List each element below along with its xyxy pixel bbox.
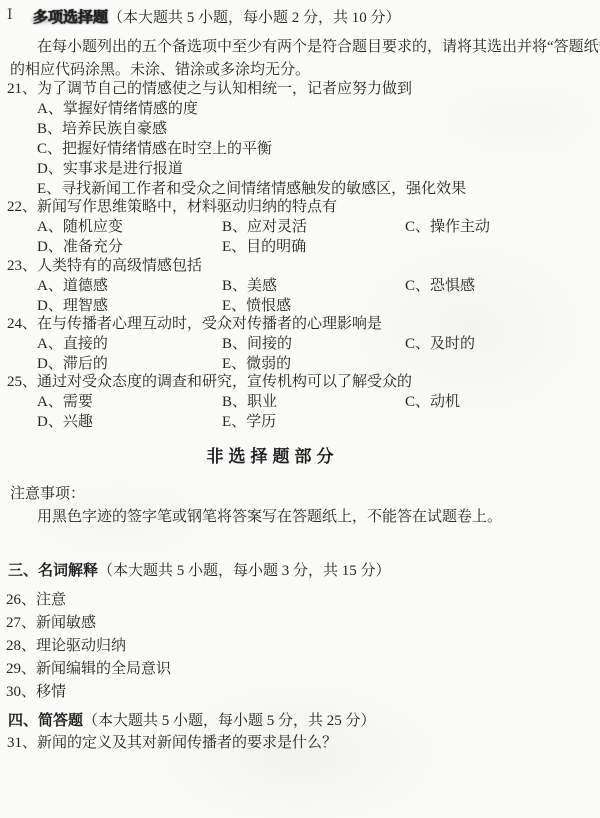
mcq-instructions: 在每小题列出的五个备选项中至少有两个是符合题目要求的，请将其选出并将“答题纸” … [10, 36, 600, 82]
question-22-options-row-2: D、准备充分 E、目的明确 [37, 237, 593, 257]
question-21-option-a: A、掌握好情绪情感的度 [37, 99, 593, 119]
question-25-stem: 25、通过对受众态度的调查和研究，宣传机构可以了解受众的 [7, 372, 593, 392]
section-3-title: 三、名词解释 [8, 563, 98, 579]
question-21-option-d: D、实事求是进行报道 [37, 159, 593, 179]
mcq-section-title: 多项选择题 [33, 10, 108, 26]
question-22-option-c: C、操作主动 [405, 217, 593, 237]
question-23-stem: 23、人类特有的高级情感包括 [7, 256, 593, 276]
section-4-items: 31、新闻的定义及其对新闻传播者的要求是什么？ [7, 733, 337, 753]
term-item-29: 29、新闻编辑的全局意识 [6, 658, 171, 681]
question-22-stem: 22、新闻写作思维策略中，材料驱动归纳的特点有 [7, 197, 593, 217]
section-4-title: 四、简答题 [8, 713, 83, 729]
term-item-26: 26、注意 [6, 589, 171, 612]
question-21-number: 21、 [7, 79, 37, 99]
question-23-options-row-1: A、道德感 B、美感 C、恐惧感 [37, 276, 593, 296]
question-23-option-d: D、理智感 [37, 296, 222, 316]
mcq-instructions-line-1: 在每小题列出的五个备选项中至少有两个是符合题目要求的，请将其选出并将“答题纸” [10, 36, 600, 59]
question-23: 23、人类特有的高级情感包括 A、道德感 B、美感 C、恐惧感 D、理智感 E、… [7, 256, 593, 316]
question-21-stem: 21、为了调节自己的情感使之与认知相统一，记者应努力做到 [7, 79, 593, 99]
question-21-text: 为了调节自己的情感使之与认知相统一，记者应努力做到 [37, 81, 412, 97]
question-22-option-a: A、随机应变 [37, 217, 222, 237]
question-21: 21、为了调节自己的情感使之与认知相统一，记者应努力做到 A、掌握好情绪情感的度… [7, 79, 593, 199]
question-25-option-b: B、职业 [222, 392, 405, 412]
notice-text: 用黑色字迹的签字笔或钢笔将答案写在答题纸上，不能答在试题卷上。 [37, 507, 502, 527]
question-22-number: 22、 [7, 197, 37, 217]
question-25-option-e: E、学历 [222, 412, 405, 432]
question-25-option-a: A、需要 [37, 392, 222, 412]
question-23-number: 23、 [7, 256, 37, 276]
section-4-title-meta: （本大题共 5 小题，每小题 5 分，共 25 分） [83, 713, 376, 729]
question-25-option-c: C、动机 [405, 392, 593, 412]
mcq-section-title-meta: （本大题共 5 小题，每小题 2 分，共 10 分） [108, 10, 401, 26]
section-3-items: 26、注意 27、新闻敏感 28、理论驱动归纳 29、新闻编辑的全局意识 30、… [6, 589, 171, 704]
notice-label: 注意事项： [10, 484, 85, 504]
question-24-number: 24、 [7, 314, 37, 334]
short-answer-item-31: 31、新闻的定义及其对新闻传播者的要求是什么？ [7, 733, 337, 753]
question-22-options-row-1: A、随机应变 B、应对灵活 C、操作主动 [37, 217, 593, 237]
question-23-text: 人类特有的高级情感包括 [37, 258, 202, 274]
question-25-text: 通过对受众态度的调查和研究，宣传机构可以了解受众的 [37, 374, 412, 390]
scan-stray-mark: Ⅰ [7, 8, 13, 24]
section-3-title-meta: （本大题共 5 小题，每小题 3 分，共 15 分） [98, 563, 391, 579]
question-23-option-b: B、美感 [222, 276, 405, 296]
question-24-option-d: D、滞后的 [37, 354, 222, 374]
question-23-options-row-2: D、理智感 E、愤恨感 [37, 296, 593, 316]
question-21-option-b: B、培养民族自豪感 [37, 119, 593, 139]
question-23-option-e: E、愤恨感 [222, 296, 405, 316]
question-21-option-c: C、把握好情绪情感在时空上的平衡 [37, 139, 593, 159]
question-25-number: 25、 [7, 372, 37, 392]
question-25: 25、通过对受众态度的调查和研究，宣传机构可以了解受众的 A、需要 B、职业 C… [7, 372, 593, 432]
section-4-heading: 四、简答题（本大题共 5 小题，每小题 5 分，共 25 分） [8, 711, 376, 731]
question-25-option-d: D、兴趣 [37, 412, 222, 432]
question-23-option-a: A、道德感 [37, 276, 222, 296]
question-24-option-b: B、间接的 [222, 334, 405, 354]
exam-paper-page: Ⅰ 多项选择题（本大题共 5 小题，每小题 2 分，共 10 分） 在每小题列出… [0, 0, 600, 818]
question-21-option-e: E、寻找新闻工作者和受众之间情绪情感触发的敏感区，强化效果 [37, 179, 593, 199]
question-24: 24、在与传播者心理互动时，受众对传播者的心理影响是 A、直接的 B、间接的 C… [7, 314, 593, 374]
question-24-option-c: C、及时的 [405, 334, 593, 354]
question-22-text: 新闻写作思维策略中，材料驱动归纳的特点有 [37, 199, 337, 215]
question-24-text: 在与传播者心理互动时，受众对传播者的心理影响是 [37, 316, 382, 332]
question-23-option-c: C、恐惧感 [405, 276, 593, 296]
question-24-options-row-2: D、滞后的 E、微弱的 [37, 354, 593, 374]
term-item-30: 30、移情 [6, 681, 171, 704]
term-item-28: 28、理论驱动归纳 [6, 635, 171, 658]
question-25-options-row-2: D、兴趣 E、学历 [37, 412, 593, 432]
question-24-options-row-1: A、直接的 B、间接的 C、及时的 [37, 334, 593, 354]
question-22-option-d: D、准备充分 [37, 237, 222, 257]
mcq-section-heading: 多项选择题（本大题共 5 小题，每小题 2 分，共 10 分） [33, 8, 401, 28]
question-22: 22、新闻写作思维策略中，材料驱动归纳的特点有 A、随机应变 B、应对灵活 C、… [7, 197, 593, 257]
term-item-27: 27、新闻敏感 [6, 612, 171, 635]
question-22-option-b: B、应对灵活 [222, 217, 405, 237]
question-22-option-e: E、目的明确 [222, 237, 405, 257]
question-24-stem: 24、在与传播者心理互动时，受众对传播者的心理影响是 [7, 314, 593, 334]
question-25-options-row-1: A、需要 B、职业 C、动机 [37, 392, 593, 412]
section-3-heading: 三、名词解释（本大题共 5 小题，每小题 3 分，共 15 分） [8, 561, 391, 581]
question-24-option-a: A、直接的 [37, 334, 222, 354]
non-mcq-part-heading: 非选择题部分 [0, 446, 545, 468]
question-24-option-e: E、微弱的 [222, 354, 405, 374]
